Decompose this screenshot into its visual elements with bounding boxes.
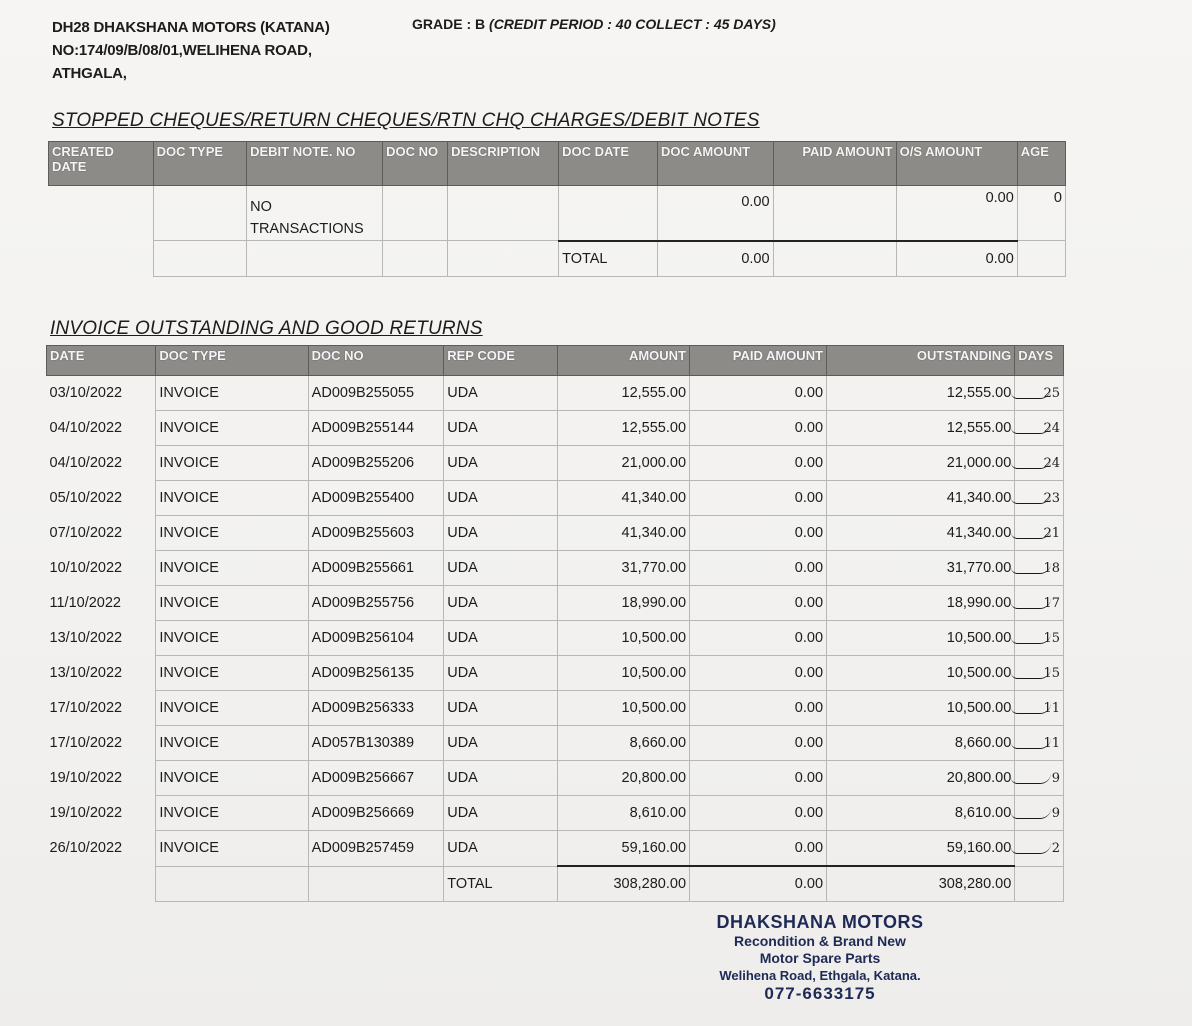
col-doc-no: DOC NO — [383, 142, 448, 186]
cell-type: INVOICE — [156, 796, 308, 831]
cell-doc: AD009B257459 — [308, 831, 444, 867]
cell-rep: UDA — [444, 586, 558, 621]
cell-type: INVOICE — [156, 446, 308, 481]
cell-rep: UDA — [444, 411, 558, 446]
total-label: TOTAL — [559, 241, 658, 277]
cell-type: INVOICE — [156, 656, 308, 691]
cell-paid: 0.00 — [690, 551, 827, 586]
col-rep-code: REP CODE — [444, 346, 558, 376]
age: 0 — [1017, 186, 1065, 241]
cell-paid: 0.00 — [690, 586, 827, 621]
cell-amount: 41,340.00 — [557, 481, 689, 516]
cell-outstanding: 8,610.00 — [827, 796, 1015, 831]
cell-outstanding: 8,660.00 — [827, 726, 1015, 761]
cell-paid: 0.00 — [690, 831, 827, 867]
col-amount: AMOUNT — [557, 346, 689, 376]
cell-paid: 0.00 — [690, 691, 827, 726]
cell-amount: 8,610.00 — [557, 796, 689, 831]
grade-label: GRADE : — [412, 16, 471, 32]
cell-type: INVOICE — [156, 376, 308, 411]
cell-doc: AD009B256669 — [308, 796, 444, 831]
cell-amount: 10,500.00 — [557, 691, 689, 726]
cell-rep: UDA — [444, 761, 558, 796]
cell-amount: 12,555.00 — [557, 376, 689, 411]
table-header-row: CREATED DATE DOC TYPE DEBIT NOTE. NO DOC… — [49, 142, 1066, 186]
cell-rep: UDA — [444, 796, 558, 831]
table-header-row: DATE DOC TYPE DOC NO REP CODE AMOUNT PAI… — [47, 346, 1064, 376]
cell-amount: 8,660.00 — [557, 726, 689, 761]
col-debit-note-no: DEBIT NOTE. NO — [247, 142, 383, 186]
stopped-cheques-title: STOPPED CHEQUES/RETURN CHEQUES/RTN CHQ C… — [52, 110, 760, 132]
cell-date: 19/10/2022 — [47, 761, 156, 796]
col-age: AGE — [1017, 142, 1065, 186]
cell-paid: 0.00 — [690, 516, 827, 551]
handwritten-days: 2 — [1052, 841, 1060, 856]
total-paid: 0.00 — [690, 866, 827, 902]
cell-doc: AD009B256135 — [308, 656, 444, 691]
cell-amount: 59,160.00 — [557, 831, 689, 867]
stamp-phone: 077-6633175 — [700, 984, 940, 1004]
cell-days: 2 — [1015, 831, 1064, 867]
cell-days: 9 — [1015, 796, 1064, 831]
total-outstanding: 308,280.00 — [827, 866, 1015, 902]
cell-paid: 0.00 — [690, 621, 827, 656]
total-doc-amount: 0.00 — [657, 241, 773, 277]
cell-rep: UDA — [444, 551, 558, 586]
cell-doc: AD009B256104 — [308, 621, 444, 656]
col-date: DATE — [47, 346, 156, 376]
table-row: 17/10/2022INVOICEAD009B256333UDA10,500.0… — [47, 691, 1064, 726]
credit-terms: (CREDIT PERIOD : 40 COLLECT : 45 DAYS) — [489, 16, 776, 32]
cell-amount: 20,800.00 — [557, 761, 689, 796]
cell-days: 25 — [1015, 376, 1064, 411]
handwritten-days: 24 — [1043, 456, 1060, 471]
invoice-outstanding-table: DATE DOC TYPE DOC NO REP CODE AMOUNT PAI… — [46, 345, 1064, 902]
cell-date: 17/10/2022 — [47, 691, 156, 726]
statement-page: DH28 DHAKSHANA MOTORS (KATANA) NO:174/09… — [0, 0, 1192, 1026]
col-doc-date: DOC DATE — [559, 142, 658, 186]
cell-outstanding: 12,555.00 — [827, 411, 1015, 446]
pen-tick-mark-icon — [1011, 843, 1051, 854]
cell-paid: 0.00 — [690, 376, 827, 411]
cell-doc: AD009B255603 — [308, 516, 444, 551]
cell-date: 04/10/2022 — [47, 446, 156, 481]
cell-type: INVOICE — [156, 516, 308, 551]
invoice-outstanding-title: INVOICE OUTSTANDING AND GOOD RETURNS — [50, 318, 483, 340]
grade-info: GRADE : B (CREDIT PERIOD : 40 COLLECT : … — [412, 16, 776, 32]
table-row: 26/10/2022INVOICEAD009B257459UDA59,160.0… — [47, 831, 1064, 867]
handwritten-days: 23 — [1043, 491, 1060, 506]
cell-date: 17/10/2022 — [47, 726, 156, 761]
cell-rep: UDA — [444, 516, 558, 551]
customer-name: DH28 DHAKSHANA MOTORS (KATANA) — [52, 16, 330, 39]
cell-outstanding: 21,000.00 — [827, 446, 1015, 481]
cell-days: 21 — [1015, 516, 1064, 551]
cell-days: 15 — [1015, 656, 1064, 691]
cell-date: 19/10/2022 — [47, 796, 156, 831]
col-description: DESCRIPTION — [448, 142, 559, 186]
cell-date: 11/10/2022 — [47, 586, 156, 621]
table-row: 11/10/2022INVOICEAD009B255756UDA18,990.0… — [47, 586, 1064, 621]
cell-days: 18 — [1015, 551, 1064, 586]
table-row: 10/10/2022INVOICEAD009B255661UDA31,770.0… — [47, 551, 1064, 586]
os-amount: 0.00 — [896, 186, 1017, 241]
cell-days: 24 — [1015, 446, 1064, 481]
cell-rep: UDA — [444, 691, 558, 726]
cell-doc: AD009B256333 — [308, 691, 444, 726]
cell-doc: AD009B255661 — [308, 551, 444, 586]
cell-outstanding: 31,770.00 — [827, 551, 1015, 586]
cell-date: 26/10/2022 — [47, 831, 156, 867]
company-stamp: DHAKSHANA MOTORS Recondition & Brand New… — [700, 912, 940, 1004]
doc-amount: 0.00 — [657, 186, 773, 241]
cell-outstanding: 12,555.00 — [827, 376, 1015, 411]
table-row: 04/10/2022INVOICEAD009B255206UDA21,000.0… — [47, 446, 1064, 481]
handwritten-days: 25 — [1043, 386, 1060, 401]
no-transactions-text: NO TRANSACTIONS — [247, 186, 383, 241]
col-doc-no: DOC NO — [308, 346, 444, 376]
cell-doc: AD009B255055 — [308, 376, 444, 411]
cell-paid: 0.00 — [690, 796, 827, 831]
cell-outstanding: 41,340.00 — [827, 516, 1015, 551]
table-row: 04/10/2022INVOICEAD009B255144UDA12,555.0… — [47, 411, 1064, 446]
handwritten-days: 9 — [1052, 771, 1060, 786]
cell-paid: 0.00 — [690, 726, 827, 761]
customer-address: DH28 DHAKSHANA MOTORS (KATANA) NO:174/09… — [52, 16, 330, 85]
cell-date: 13/10/2022 — [47, 621, 156, 656]
cell-rep: UDA — [444, 656, 558, 691]
address-line-1: NO:174/09/B/08/01,WELIHENA ROAD, — [52, 39, 330, 62]
grade-value: B — [475, 16, 485, 32]
cell-outstanding: 10,500.00 — [827, 656, 1015, 691]
total-os-amount: 0.00 — [896, 241, 1017, 277]
cell-date: 13/10/2022 — [47, 656, 156, 691]
handwritten-days: 17 — [1043, 596, 1060, 611]
pen-tick-mark-icon — [1011, 773, 1051, 784]
cell-type: INVOICE — [156, 481, 308, 516]
cell-type: INVOICE — [156, 621, 308, 656]
table-row: 19/10/2022INVOICEAD009B256669UDA8,610.00… — [47, 796, 1064, 831]
total-amount: 308,280.00 — [557, 866, 689, 902]
handwritten-days: 11 — [1043, 736, 1060, 751]
cell-paid: 0.00 — [690, 481, 827, 516]
cell-days: 11 — [1015, 726, 1064, 761]
cell-type: INVOICE — [156, 761, 308, 796]
cell-days: 15 — [1015, 621, 1064, 656]
cell-date: 05/10/2022 — [47, 481, 156, 516]
handwritten-days: 21 — [1043, 526, 1060, 541]
cell-days: 17 — [1015, 586, 1064, 621]
col-paid-amount: PAID AMOUNT — [690, 346, 827, 376]
col-outstanding: OUTSTANDING — [827, 346, 1015, 376]
cell-amount: 18,990.00 — [557, 586, 689, 621]
cell-type: INVOICE — [156, 726, 308, 761]
table-row: 19/10/2022INVOICEAD009B256667UDA20,800.0… — [47, 761, 1064, 796]
cell-days: 11 — [1015, 691, 1064, 726]
cell-days: 24 — [1015, 411, 1064, 446]
cell-doc: AD009B255756 — [308, 586, 444, 621]
table-row: NO TRANSACTIONS 0.00 0.00 0 — [49, 186, 1066, 241]
stamp-company-name: DHAKSHANA MOTORS — [700, 912, 940, 933]
stamp-line-1: Recondition & Brand New — [700, 933, 940, 950]
handwritten-days: 11 — [1043, 701, 1060, 716]
col-doc-amount: DOC AMOUNT — [657, 142, 773, 186]
cell-amount: 12,555.00 — [557, 411, 689, 446]
cell-rep: UDA — [444, 621, 558, 656]
cell-date: 10/10/2022 — [47, 551, 156, 586]
total-label: TOTAL — [444, 866, 558, 902]
cell-days: 9 — [1015, 761, 1064, 796]
cell-type: INVOICE — [156, 551, 308, 586]
total-row: TOTAL308,280.000.00308,280.00 — [47, 866, 1064, 902]
cell-amount: 41,340.00 — [557, 516, 689, 551]
cell-paid: 0.00 — [690, 761, 827, 796]
cell-rep: UDA — [444, 446, 558, 481]
cell-rep: UDA — [444, 376, 558, 411]
cell-amount: 10,500.00 — [557, 621, 689, 656]
table-row: 05/10/2022INVOICEAD009B255400UDA41,340.0… — [47, 481, 1064, 516]
cell-type: INVOICE — [156, 831, 308, 867]
cell-outstanding: 10,500.00 — [827, 691, 1015, 726]
cell-date: 07/10/2022 — [47, 516, 156, 551]
cell-outstanding: 59,160.00 — [827, 831, 1015, 867]
col-os-amount: O/S AMOUNT — [896, 142, 1017, 186]
cell-doc: AD009B255144 — [308, 411, 444, 446]
cell-outstanding: 41,340.00 — [827, 481, 1015, 516]
cell-doc: AD009B255206 — [308, 446, 444, 481]
cell-outstanding: 10,500.00 — [827, 621, 1015, 656]
table-row: 13/10/2022INVOICEAD009B256135UDA10,500.0… — [47, 656, 1064, 691]
handwritten-days: 18 — [1043, 561, 1060, 576]
table-row: 03/10/2022INVOICEAD009B255055UDA12,555.0… — [47, 376, 1064, 411]
cell-rep: UDA — [444, 726, 558, 761]
cell-paid: 0.00 — [690, 656, 827, 691]
cell-date: 04/10/2022 — [47, 411, 156, 446]
pen-tick-mark-icon — [1011, 808, 1051, 819]
cell-amount: 21,000.00 — [557, 446, 689, 481]
table-row: 17/10/2022INVOICEAD057B130389UDA8,660.00… — [47, 726, 1064, 761]
col-created-date: CREATED DATE — [49, 142, 154, 186]
handwritten-days: 24 — [1043, 421, 1060, 436]
cell-amount: 10,500.00 — [557, 656, 689, 691]
cell-rep: UDA — [444, 481, 558, 516]
cell-doc: AD009B255400 — [308, 481, 444, 516]
col-doc-type: DOC TYPE — [156, 346, 308, 376]
col-paid-amount: PAID AMOUNT — [773, 142, 896, 186]
cell-type: INVOICE — [156, 691, 308, 726]
total-row: TOTAL 0.00 0.00 — [49, 241, 1066, 277]
address-line-2: ATHGALA, — [52, 62, 330, 85]
cell-outstanding: 20,800.00 — [827, 761, 1015, 796]
cell-doc: AD057B130389 — [308, 726, 444, 761]
cell-amount: 31,770.00 — [557, 551, 689, 586]
handwritten-days: 9 — [1052, 806, 1060, 821]
cell-type: INVOICE — [156, 411, 308, 446]
table-row: 07/10/2022INVOICEAD009B255603UDA41,340.0… — [47, 516, 1064, 551]
cell-days: 23 — [1015, 481, 1064, 516]
stamp-line-2: Motor Spare Parts — [700, 950, 940, 967]
cell-doc: AD009B256667 — [308, 761, 444, 796]
cell-outstanding: 18,990.00 — [827, 586, 1015, 621]
handwritten-days: 15 — [1043, 631, 1060, 646]
cell-paid: 0.00 — [690, 446, 827, 481]
cell-date: 03/10/2022 — [47, 376, 156, 411]
table-row: 13/10/2022INVOICEAD009B256104UDA10,500.0… — [47, 621, 1064, 656]
cell-rep: UDA — [444, 831, 558, 867]
col-doc-type: DOC TYPE — [153, 142, 246, 186]
stamp-address: Welihena Road, Ethgala, Katana. — [700, 967, 940, 984]
col-days: DAYS — [1015, 346, 1064, 376]
stopped-cheques-table: CREATED DATE DOC TYPE DEBIT NOTE. NO DOC… — [48, 141, 1066, 277]
cell-paid: 0.00 — [690, 411, 827, 446]
handwritten-days: 15 — [1043, 666, 1060, 681]
cell-type: INVOICE — [156, 586, 308, 621]
